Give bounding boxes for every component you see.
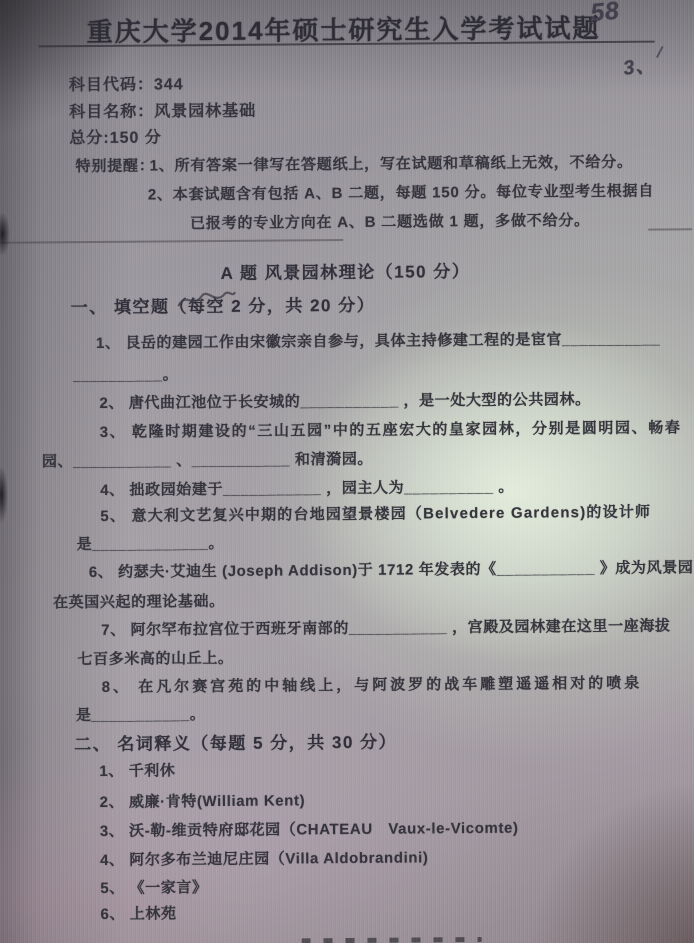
handwritten-side-mark: 3、 [621, 47, 657, 80]
section-divider-left [0, 239, 343, 243]
question-1-line-2: __________。 [73, 363, 178, 385]
question-7-line-1: 7、 阿尔罕布拉宫位于西班牙南部的___________ ，宫殿及园林建在这里一… [101, 614, 670, 639]
notice-line-1: 1、所有答案一律写在答题纸上，写在试题和草稿纸上无效，不给分。 [150, 151, 633, 176]
question-6-line-2: 在英国兴起的理论基础。 [53, 590, 225, 612]
question-5-line-1: 5、 意大利文艺复兴中期的台地园望景楼园（Belvedere Gardens)的… [100, 501, 651, 526]
subject-name: 科目名称：风景园林基础 [69, 98, 256, 122]
part2-heading: 二、 名词释义（每题 5 分，共 30 分） [74, 728, 397, 756]
total-score: 总分:150 分 [69, 124, 162, 148]
photo-edge-artifact [0, 466, 8, 524]
question-1-line-1: 1、 艮岳的建园工作由宋徽宗亲自参与，具体主持修建工程的是宦官_________… [96, 328, 661, 353]
term-item-1: 1、 千利休 [99, 759, 175, 781]
handwritten-score: 58 [589, 0, 621, 28]
question-3-line-2: 园、___________ 、___________ 和清漪园。 [42, 448, 373, 472]
exam-scan-page: 重庆大学2014年硕士研究生入学考试试题 58 3、 科目代码：344 科目名称… [0, 0, 694, 943]
section-a-heading: A 题 风景园林理论（150 分） [0, 255, 693, 285]
question-4-line-1: 4、 拙政园始建于___________ ，园主人为__________ 。 [100, 476, 514, 500]
section-divider-right-dash [648, 228, 692, 230]
question-8-line-1: 8、 在凡尔赛宫苑的中轴线上，与阿波罗的战车雕塑遥遥相对的喷泉 [102, 672, 643, 697]
pen-scribble-mark [175, 287, 237, 313]
notice-line-3: 已报考的专业方向在 A、B 二题选做 1 题，多做不给分。 [190, 209, 590, 233]
term-item-2: 2、 威廉·肯特(William Kent) [100, 789, 306, 812]
photo-edge-artifact [0, 212, 10, 256]
question-3-line-1: 3、 乾隆时期建设的“三山五园”中的五座宏大的皇家园林，分别是圆明园、畅春 [100, 416, 682, 442]
question-6-line-1: 6、 约瑟夫·艾迪生 (Joseph Addison)于 1712 年发表的《_… [89, 556, 694, 582]
exam-sheet: 重庆大学2014年硕士研究生入学考试试题 58 3、 科目代码：344 科目名称… [0, 0, 694, 943]
notice-label: 特别提醒： [76, 155, 155, 177]
question-8-line-2: 是___________。 [76, 703, 206, 725]
question-7-line-2: 七百多米高的山丘上。 [77, 647, 233, 669]
term-item-4: 4、 阿尔多布兰迪尼庄园（Villa Aldobrandini) [100, 846, 429, 870]
question-2-line-1: 2、 唐代曲江池位于长安城的___________ ，是一处大型的公共园林。 [99, 388, 590, 413]
pen-tick-mark [656, 46, 664, 58]
term-item-5: 5、 《一家言》 [100, 876, 207, 898]
notice-line-2: 2、本套试题含有包括 A、B 二题，每题 150 分。每位专业型考生根据自 [148, 180, 654, 205]
subject-code: 科目代码：344 [69, 71, 184, 95]
term-item-6: 6、 上林苑 [100, 902, 176, 924]
cutoff-text-fragment [302, 937, 482, 943]
term-item-3: 3、 沃-勒-维贡特府邸花园（CHATEAU Vaux-le-Vicomte) [100, 817, 519, 841]
question-5-line-2: 是_____________。 [76, 532, 224, 554]
